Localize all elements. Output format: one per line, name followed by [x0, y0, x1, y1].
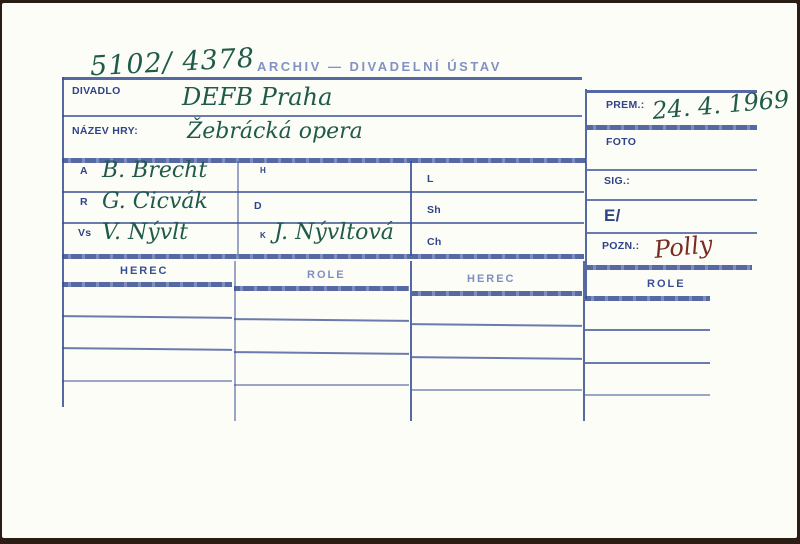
cast-row-line [412, 356, 582, 360]
cast-header-herec-2: HEREC [467, 273, 516, 285]
cast-header-line-3 [412, 291, 582, 296]
archive-stamp: ARCHIV — DIVADELNÍ ÚSTAV [257, 59, 502, 74]
e-label: E/ [604, 206, 621, 226]
cast-row-line [585, 394, 710, 396]
credit-k-label: K [260, 231, 266, 240]
cast-row-line [234, 318, 409, 322]
cast-row-line [585, 329, 710, 331]
prem-label: PREM.: [606, 99, 645, 111]
credit-l-label: L [427, 173, 434, 185]
divadlo-label: DIVADLO [72, 85, 121, 97]
cast-row-line [412, 323, 582, 327]
credit-h-label: H [260, 166, 266, 175]
pozn-value: Polly [653, 230, 714, 264]
cast-row-line [585, 362, 710, 364]
cast-header-line-4 [585, 296, 710, 301]
credits-col-divider-1 [237, 161, 239, 256]
credit-r-value: G. Cicvák [102, 189, 208, 214]
cast-col-divider-1 [234, 261, 236, 421]
credit-d-label: D [254, 200, 262, 212]
divadlo-row-line [62, 115, 582, 117]
nazev-hry-value: Žebrácká opera [187, 119, 363, 144]
archive-card: 5102/ 4378 ARCHIV — DIVADELNÍ ÚSTAV DIVA… [2, 3, 797, 538]
cast-row-line [62, 347, 232, 351]
nazev-hry-label: NÁZEV HRY: [72, 125, 138, 137]
cast-header-role-2: ROLE [647, 278, 686, 290]
credit-ch-label: Ch [427, 236, 442, 248]
divadlo-value: DEFB Praha [182, 83, 332, 111]
pozn-label: POZN.: [602, 240, 639, 252]
credit-a-label: A [80, 165, 88, 177]
pozn-row-line [587, 265, 752, 270]
credit-vs-value: V. Nývlt [102, 220, 188, 245]
credits-col-divider-2 [410, 161, 412, 256]
cast-header-line-1 [62, 282, 232, 287]
cast-row-line [234, 351, 409, 355]
sig-label: SIG.: [604, 175, 630, 187]
prem-row-line [587, 125, 757, 130]
credits-bottom-line [62, 254, 584, 259]
credit-k-value: J. Nývltová [274, 220, 394, 245]
cast-row-line [234, 384, 409, 386]
credit-sh-label: Sh [427, 204, 441, 216]
cast-row-line [412, 389, 582, 391]
cast-header-line-2 [234, 286, 409, 291]
frame-left-line [62, 77, 64, 407]
credit-vs-label: Vs [78, 227, 91, 239]
cast-header-herec-1: HEREC [120, 265, 169, 277]
credit-a-value: B. Brecht [102, 158, 207, 183]
frame-top-line [62, 77, 582, 80]
cast-header-role-1: ROLE [307, 269, 346, 281]
foto-label: FOTO [606, 136, 636, 148]
cast-row-line [62, 380, 232, 382]
cast-col-divider-2 [410, 261, 412, 421]
cast-col-divider-3 [583, 261, 585, 421]
foto-row-line [587, 169, 757, 171]
sig-row-line [587, 199, 757, 201]
credit-r-label: R [80, 196, 88, 208]
cast-row-line [62, 315, 232, 319]
